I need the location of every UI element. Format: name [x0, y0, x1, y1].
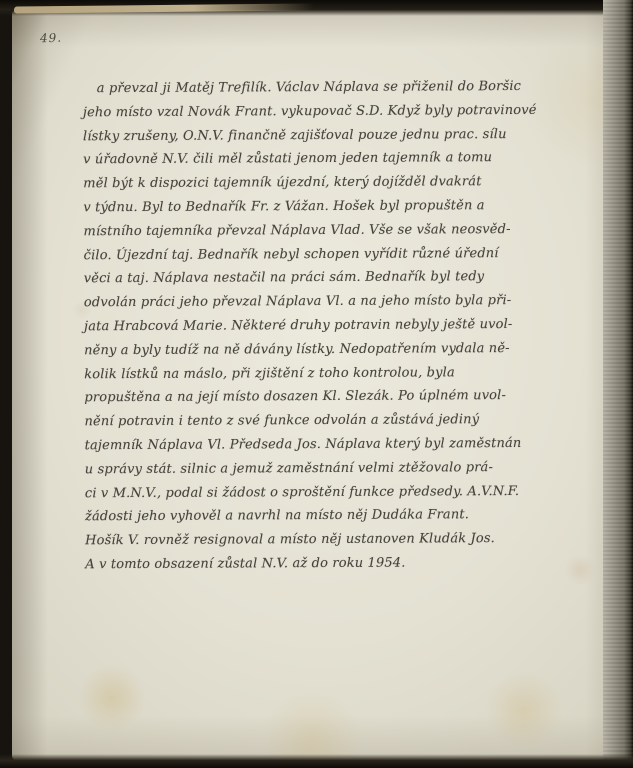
manuscript-line: jata Hrabcová Marie. Některé druhy potra…	[84, 313, 564, 339]
manuscript-line: lístky zrušeny, O.N.V. finančně zajišťov…	[83, 122, 563, 148]
manuscript-line: žádosti jeho vyhověl a navrhl na místo n…	[85, 503, 565, 529]
manuscript-line: věci a taj. Náplava nestačil na práci sá…	[84, 265, 564, 291]
manuscript-line: nění potravin i tento z své funkce odvol…	[84, 408, 564, 434]
manuscript-line: propuštěna a na její místo dosazen Kl. S…	[84, 384, 564, 410]
manuscript-line: něny a byly tudíž na ně dávány lístky. N…	[84, 337, 564, 363]
manuscript-line: jeho místo vzal Novák Frant. vykupovač S…	[83, 99, 563, 125]
manuscript-line: A v tomto obsazení zůstal N.V. až do rok…	[85, 551, 565, 577]
manuscript-line: místního tajemníka převzal Náplava Vlad.…	[83, 218, 563, 244]
manuscript-line: a převzal ji Matěj Trefilík. Václav Nápl…	[83, 75, 563, 101]
page-block-edges	[603, 0, 633, 768]
manuscript-line: v úřadovně N.V. čili měl zůstati jenom j…	[83, 146, 563, 172]
manuscript-page: 49. a převzal ji Matěj Trefilík. Václav …	[12, 10, 609, 760]
book-edge-bottom	[0, 754, 633, 768]
manuscript-line: čilo. Újezdní taj. Bednařík nebyl schope…	[84, 241, 564, 267]
manuscript-line: tajemník Náplava Vl. Předseda Jos. Nápla…	[85, 432, 565, 458]
manuscript-line: měl být k dispozici tajemník újezdní, kt…	[83, 170, 563, 196]
book-scan: 49. a převzal ji Matěj Trefilík. Václav …	[0, 0, 633, 768]
page-number: 49.	[40, 32, 62, 45]
manuscript-line: Hošík V. rovněž resignoval a místo něj u…	[85, 527, 565, 553]
manuscript-text: a převzal ji Matěj Trefilík. Václav Nápl…	[83, 75, 566, 577]
manuscript-line: v týdnu. Byl to Bednařík Fr. z Vážan. Ho…	[83, 194, 563, 220]
manuscript-line: kolik lístků na máslo, při zjištění z to…	[84, 360, 564, 386]
manuscript-line: u správy stát. silnic a jemuž zaměstnání…	[85, 455, 565, 481]
manuscript-line: ci v M.N.V., podal si žádost o sproštění…	[85, 479, 565, 505]
manuscript-line: odvolán práci jeho převzal Náplava Vl. a…	[84, 289, 564, 315]
